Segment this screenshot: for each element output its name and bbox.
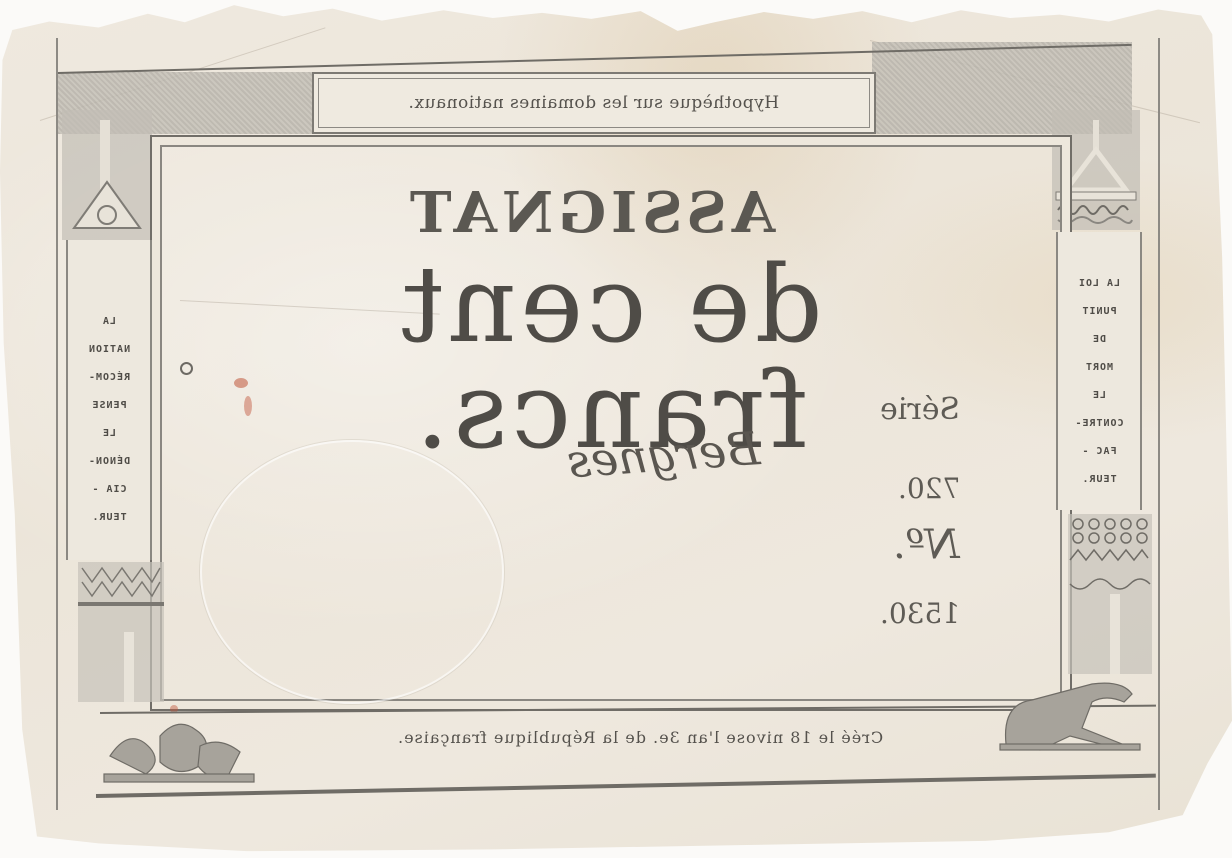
right-pillar: LA LOIPUNITDEMORTLECONTRE-FAC -TEUR. <box>1056 232 1142 510</box>
left-pillar-base-icon <box>78 562 164 702</box>
left-pillar-text: LANATIONRÉCOM-PENSELEDÉNON-CIA -TEUR. <box>68 308 150 532</box>
right-corner-figures-icon <box>996 674 1146 754</box>
right-pillar-text: LA LOIPUNITDEMORTLECONTRE-FAC -TEUR. <box>1058 270 1140 494</box>
pillar-line: LA LOI <box>1058 270 1140 298</box>
pillar-line: TEUR. <box>1058 466 1140 494</box>
left-pillar: LANATIONRÉCOM-PENSELEDÉNON-CIA -TEUR. <box>66 240 152 560</box>
pillar-line: MORT <box>1058 354 1140 382</box>
title-line-1: ASSIGNAT <box>405 180 775 246</box>
banknote-scan: Hypothèque sur les domaines nationaux. A… <box>0 0 1232 858</box>
pillar-line: CIA - <box>68 476 150 504</box>
ring-dot-icon <box>180 362 193 375</box>
pillar-line: DE <box>1058 326 1140 354</box>
rust-stain <box>244 396 252 416</box>
pillar-line: RÉCOM- <box>68 364 150 392</box>
left-pediment-icon <box>62 110 152 240</box>
serial-number: 1530. <box>880 597 960 630</box>
mortgage-plate: Hypothèque sur les domaines nationaux. <box>312 72 876 134</box>
embossed-seal <box>200 440 504 704</box>
rust-stain <box>234 378 248 388</box>
series-number: 720. <box>898 472 960 505</box>
pillar-line: LE <box>1058 382 1140 410</box>
pillar-line: PENSE <box>68 392 150 420</box>
pillar-line: FAC - <box>1058 438 1140 466</box>
title-assignat: ASSIGNAT <box>370 180 810 246</box>
mortgage-text: Hypothèque sur les domaines nationaux. <box>408 93 779 113</box>
pillar-line: CONTRE- <box>1058 410 1140 438</box>
pillar-line: TEUR. <box>68 504 150 532</box>
pillar-line: LE <box>68 420 150 448</box>
pillar-line: NATION <box>68 336 150 364</box>
number-label: Nº. <box>893 522 960 568</box>
left-corner-figures-icon <box>100 716 260 786</box>
series-label: Série <box>880 392 960 427</box>
creation-date-text: Créé le 18 nivose l'an 3e. de la Républi… <box>280 728 1000 747</box>
right-pillar-base-icon <box>1068 514 1152 674</box>
pillar-line: LA <box>68 308 150 336</box>
pillar-line: DÉNON- <box>68 448 150 476</box>
pillar-line: PUNIT <box>1058 298 1140 326</box>
